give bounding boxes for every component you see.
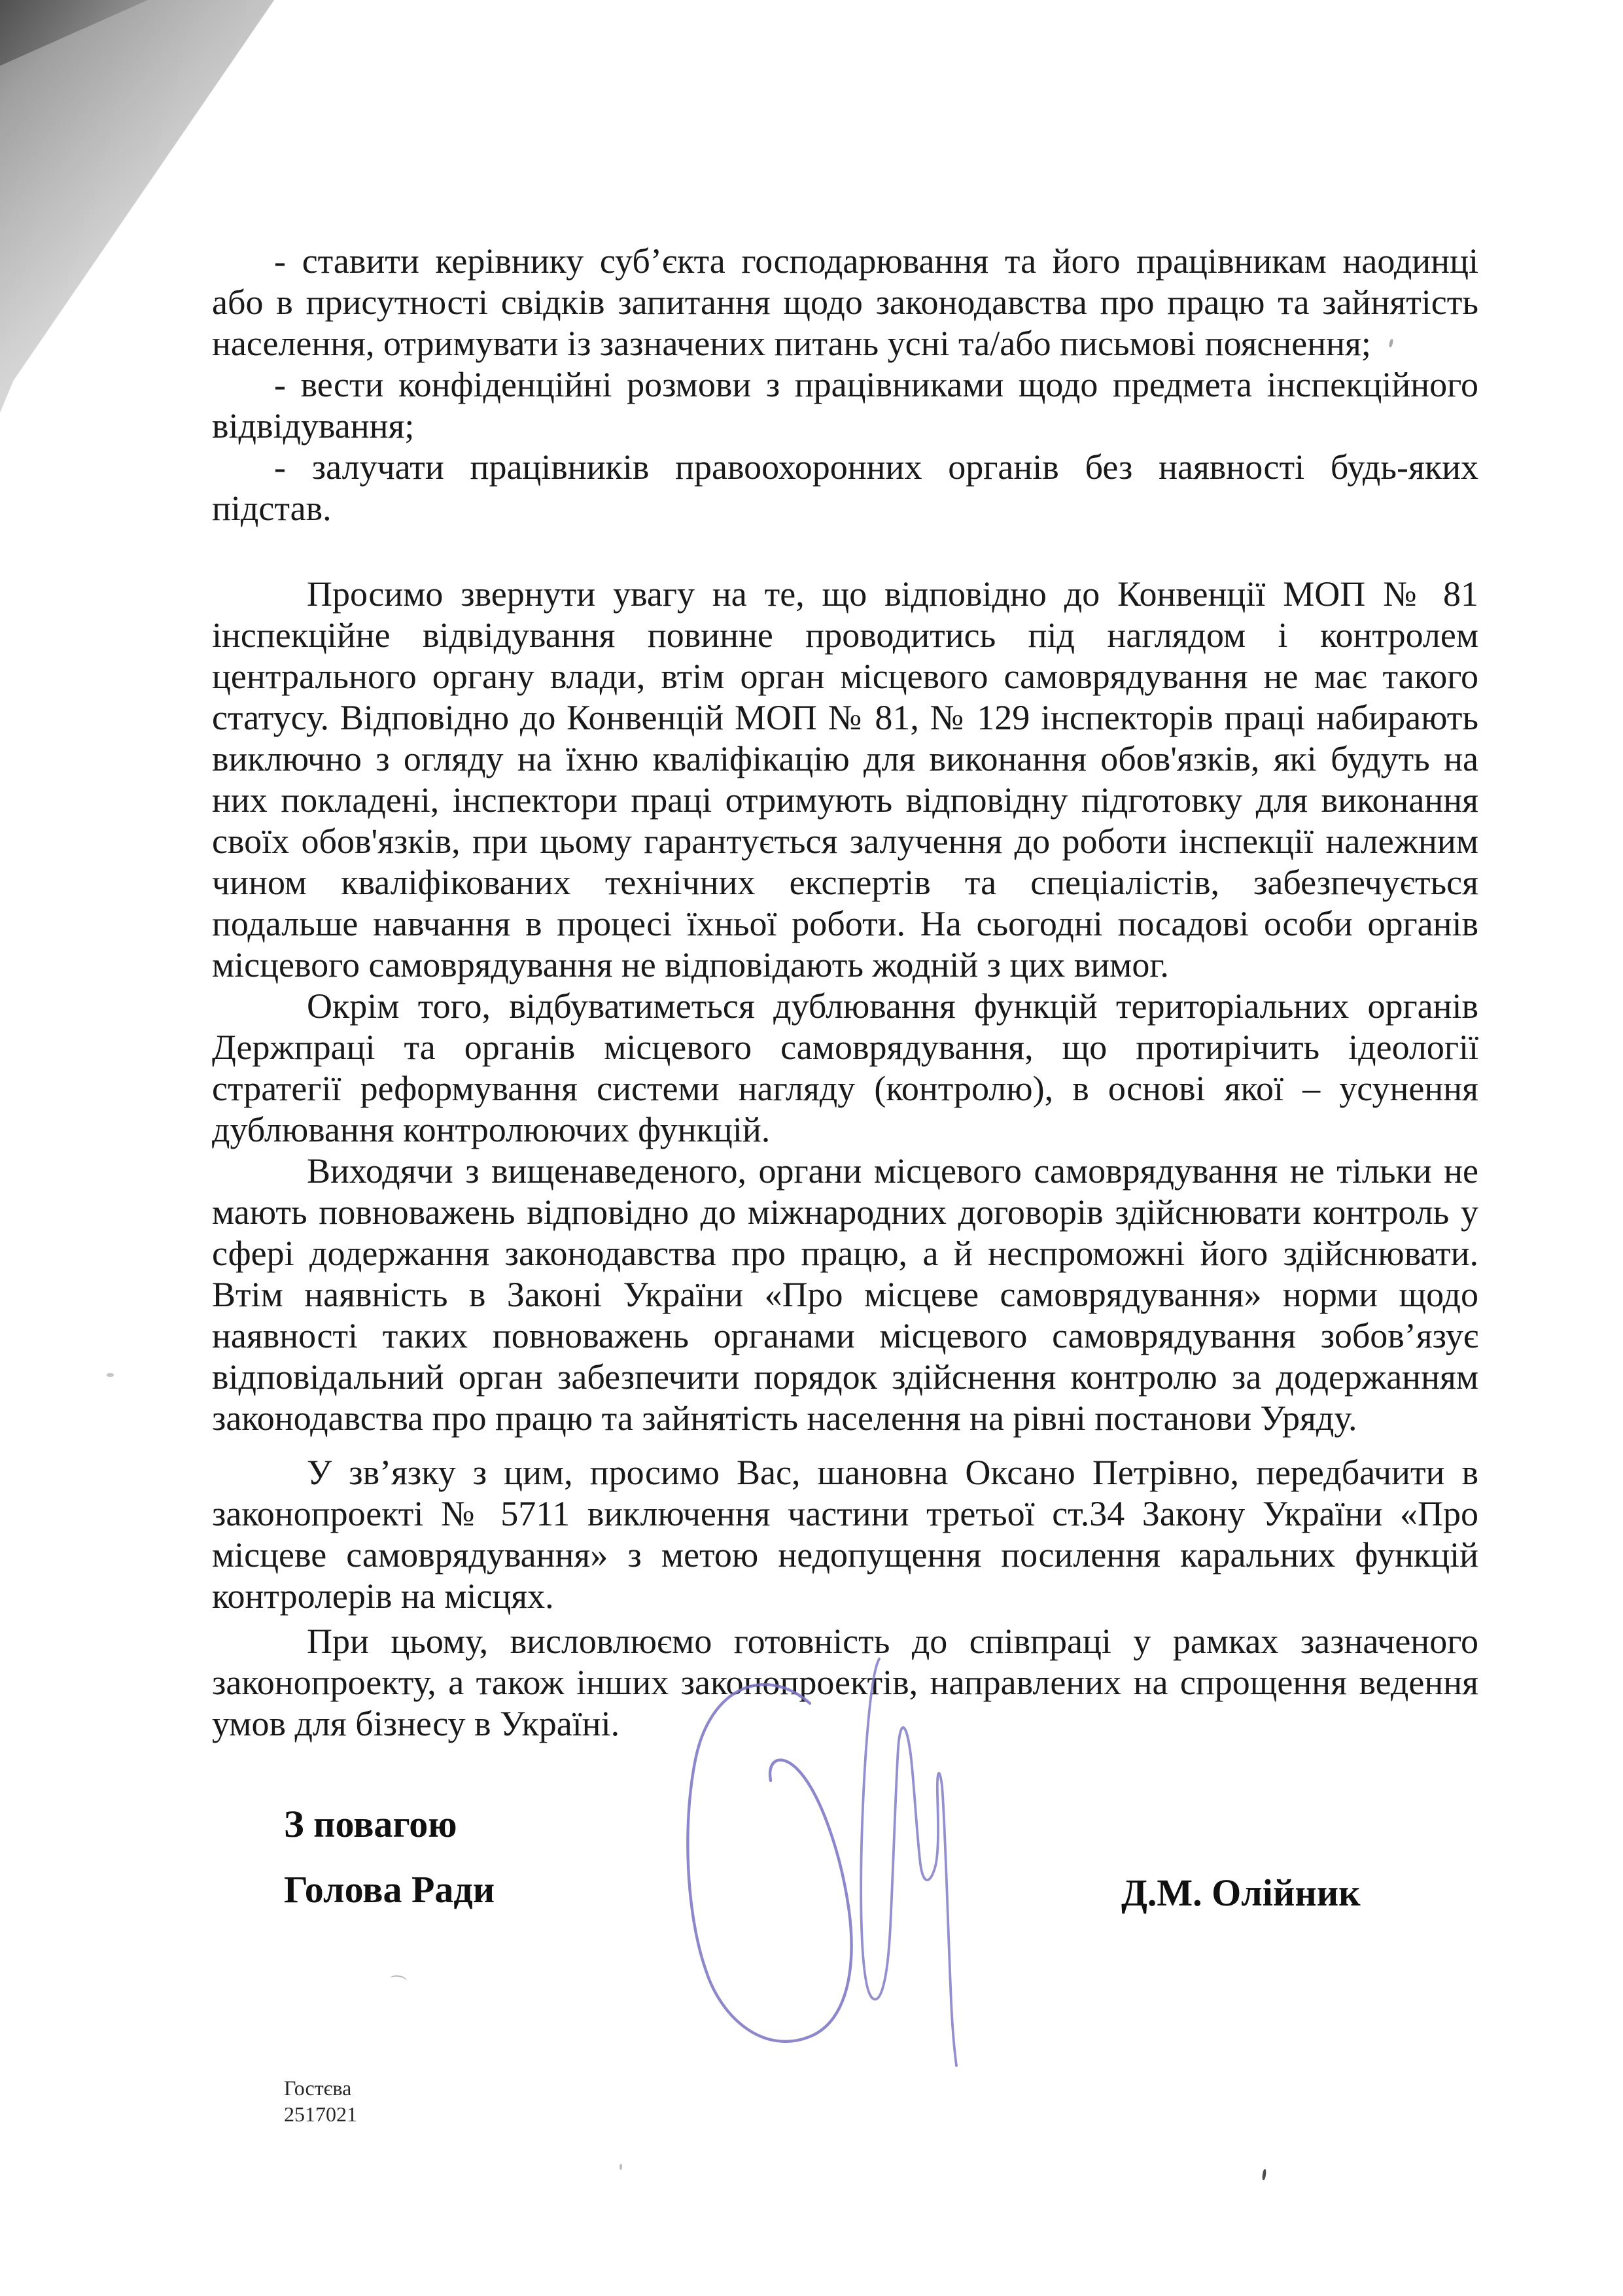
text-line: - ставити керівнику суб’єкта господарюва… [212, 241, 1478, 282]
text-line: або в присутності свідків запитання щодо… [212, 282, 1478, 323]
scan-speck [620, 2164, 622, 2170]
text-line: Окрім того, відбуватиметься дублювання ф… [212, 986, 1478, 1027]
text-line: статусу. Відповідно до Конвенцій МОП № 8… [212, 697, 1478, 739]
text-line: У зв’язку з цим, просимо Вас, шановна Ок… [212, 1452, 1478, 1493]
text-line: місцеве самоврядування» з метою недопуще… [212, 1535, 1478, 1576]
text-line: Просимо звернути увагу на те, що відпові… [212, 574, 1478, 615]
text-line: відповідальний орган забезпечити порядок… [212, 1357, 1478, 1398]
paragraph: Просимо звернути увагу на те, що відпові… [212, 574, 1478, 986]
text-line: стратегії реформування системи нагляду (… [212, 1068, 1478, 1109]
text-line: місцевого самоврядування не відповідають… [212, 945, 1478, 986]
text-line: законодавства про працю та зайнятість на… [212, 1398, 1478, 1439]
signature-loop-stroke [861, 1659, 956, 2066]
text-line: них покладені, інспектори праці отримуют… [212, 780, 1478, 821]
text-line: дублювання контролюючих функцій. [212, 1109, 1478, 1151]
closing-salutation: З повагою [284, 1805, 457, 1843]
text-line: - залучати працівників правоохоронних ор… [212, 447, 1478, 488]
text-line: законопроекті № 5711 виключення частини … [212, 1493, 1478, 1535]
paragraph: У зв’язку з цим, просимо Вас, шановна Ок… [212, 1452, 1478, 1617]
scan-speck [1262, 2169, 1266, 2181]
pen-scribble-speck [389, 1974, 408, 1986]
text-line: мають повноважень відповідно до міжнарод… [212, 1192, 1478, 1233]
executor-name: Гостєва [284, 2075, 357, 2101]
text-line: - вести конфіденційні розмови з працівни… [212, 364, 1478, 406]
letter-page: - ставити керівнику суб’єкта господарюва… [0, 0, 1623, 2296]
text-line: своїх обов'язків, при цьому гарантується… [212, 821, 1478, 862]
scan-speck [107, 1373, 114, 1377]
text-line: Втім наявність в Законі України «Про міс… [212, 1274, 1478, 1315]
paragraph: - залучати працівників правоохоронних ор… [212, 447, 1478, 529]
text-line: Виходячи з вищенаведеного, органи місцев… [212, 1151, 1478, 1192]
text-line: виключно з огляду на їхню кваліфікацію д… [212, 739, 1478, 780]
paragraph: - вести конфіденційні розмови з працівни… [212, 364, 1478, 447]
paragraph: Виходячи з вищенаведеного, органи місцев… [212, 1151, 1478, 1439]
signature-spiral-stroke [688, 1684, 851, 2042]
text-line: сфері додержання законодавства про працю… [212, 1233, 1478, 1274]
text-line: наявності таких повноважень органами міс… [212, 1315, 1478, 1357]
executor-note: Гостєва 2517021 [284, 2075, 357, 2127]
paragraph: Окрім того, відбуватиметься дублювання ф… [212, 986, 1478, 1151]
body-text: - ставити керівнику суб’єкта господарюва… [212, 241, 1478, 1745]
signer-title: Голова Ради [284, 1871, 495, 1909]
text-line: подальше навчання в процесі їхньої робот… [212, 903, 1478, 945]
text-line: чином кваліфікованих технічних експертів… [212, 862, 1478, 903]
text-line: населення, отримувати із зазначених пита… [212, 323, 1478, 364]
text-line: Держпраці та органів місцевого самовряду… [212, 1027, 1478, 1068]
text-line: підстав. [212, 488, 1478, 529]
signer-name: Д.М. Олійник [1121, 1874, 1361, 1912]
text-line: інспекційне відвідування повинне проводи… [212, 615, 1478, 656]
signature-ink [680, 1639, 968, 2083]
text-line: контролерів на місцях. [212, 1576, 1478, 1617]
text-line: центрального органу влади, втім орган мі… [212, 656, 1478, 697]
text-line: відвідування; [212, 406, 1478, 447]
executor-number: 2517021 [284, 2101, 357, 2127]
paragraph: - ставити керівнику суб’єкта господарюва… [212, 241, 1478, 364]
